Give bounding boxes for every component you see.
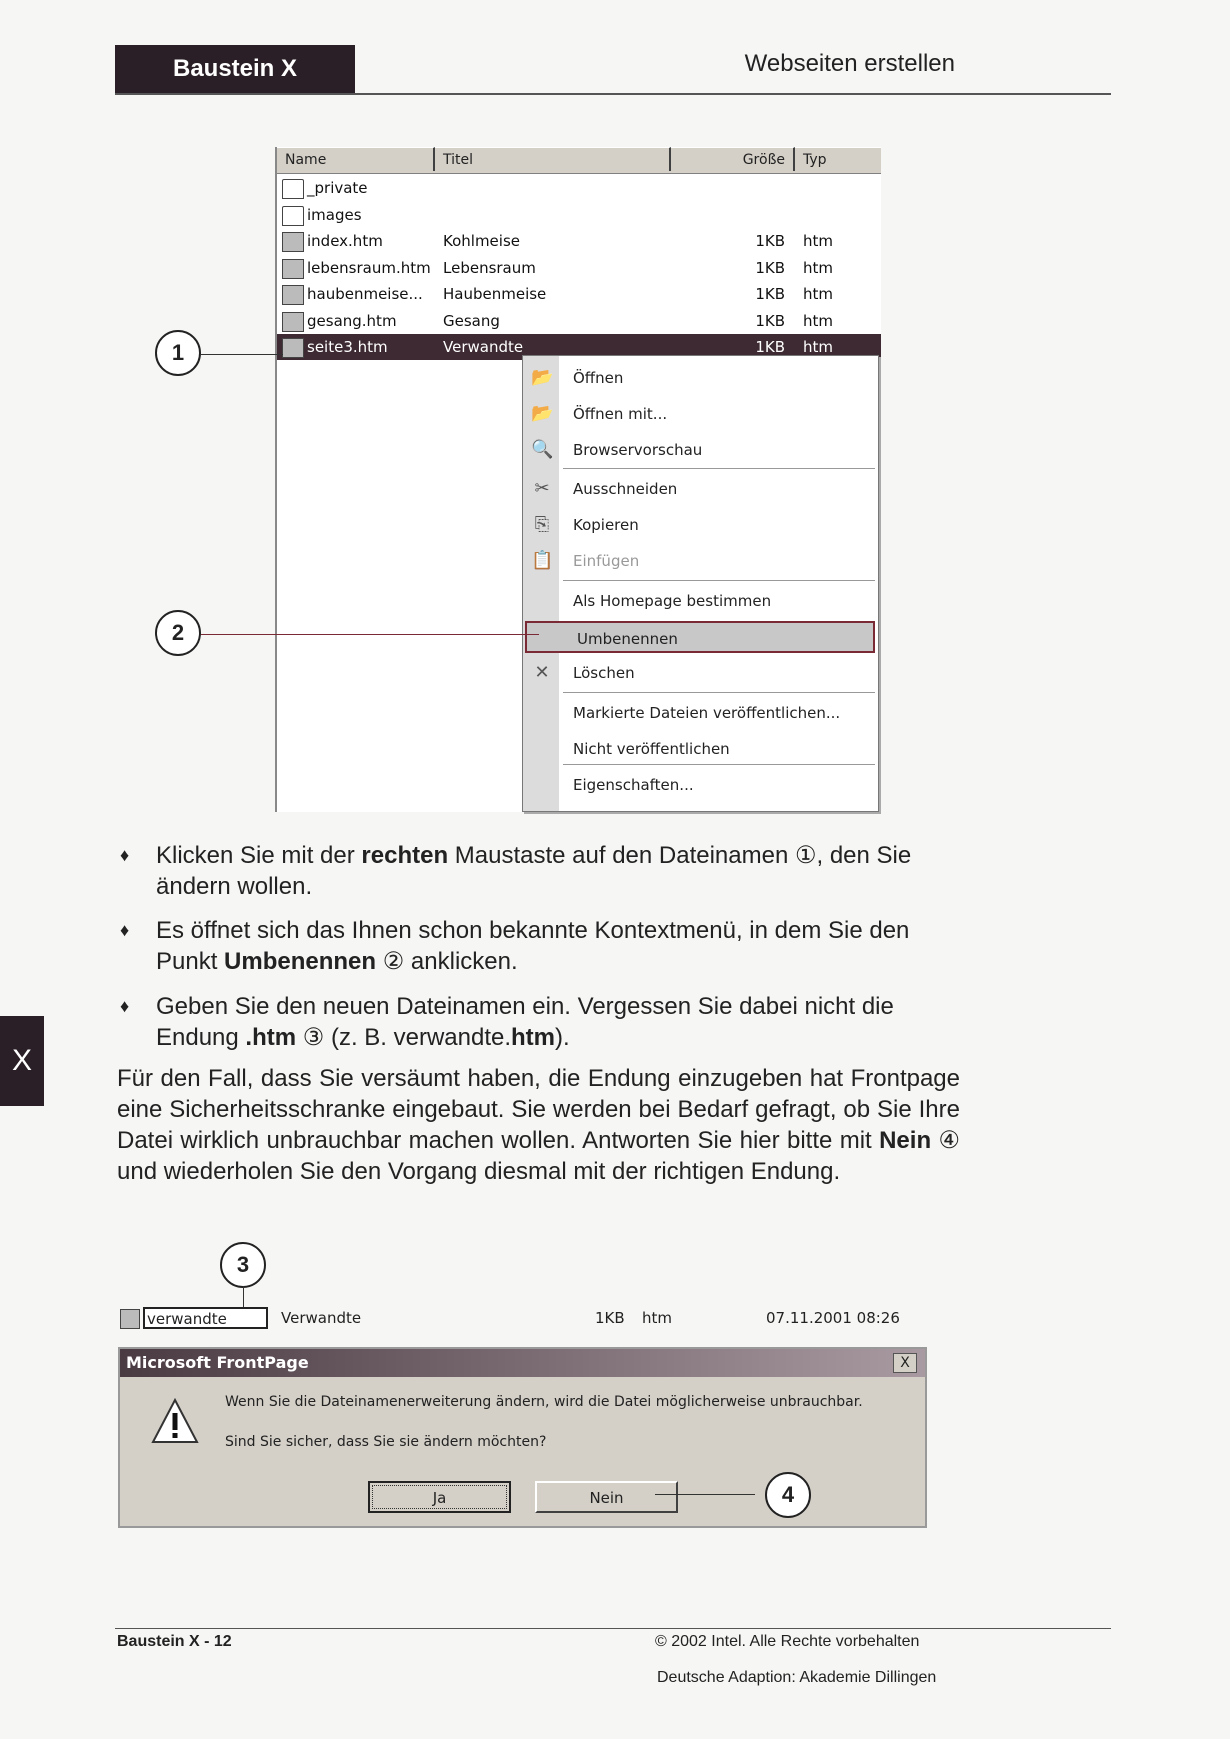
file-title: Kohlmeise bbox=[443, 228, 520, 254]
menu-item-label: Kopieren bbox=[573, 509, 639, 541]
file-name: lebensraum.htm bbox=[307, 255, 431, 281]
rename-input[interactable]: verwandte bbox=[143, 1307, 268, 1329]
file-title: Haubenmeise bbox=[443, 281, 546, 307]
no-button[interactable]: Nein bbox=[535, 1481, 678, 1513]
file-row[interactable]: _private bbox=[277, 175, 881, 201]
file-size: 1KB bbox=[755, 255, 785, 281]
file-name: index.htm bbox=[307, 228, 383, 254]
menu-item-label: Ausschneiden bbox=[573, 473, 677, 505]
close-button[interactable]: X bbox=[893, 1353, 917, 1373]
file-title: Gesang bbox=[443, 308, 500, 334]
file-name: seite3.htm bbox=[307, 334, 388, 360]
menu-item-label: Einfügen bbox=[573, 545, 639, 577]
dialog-title: Microsoft FrontPage bbox=[120, 1349, 925, 1377]
callout-3: 3 bbox=[220, 1242, 266, 1288]
header-divider bbox=[115, 93, 1111, 95]
file-type: htm bbox=[803, 308, 833, 334]
file-title: Verwandte bbox=[443, 334, 523, 360]
callout-2: 2 bbox=[155, 610, 201, 656]
menu-item-label: Markierte Dateien veröffentlichen... bbox=[573, 697, 840, 729]
dialog-message: Wenn Sie die Dateinamenerweiterung änder… bbox=[225, 1394, 863, 1410]
file-type: htm bbox=[803, 255, 833, 281]
file-name: gesang.htm bbox=[307, 308, 397, 334]
menu-item-label: Browservorschau bbox=[573, 434, 702, 466]
menu-item-label: Öffnen bbox=[573, 362, 623, 394]
file-name: _private bbox=[307, 175, 368, 201]
bullet-item: ♦ Geben Sie den neuen Dateinamen ein. Ve… bbox=[120, 991, 960, 1053]
page-number: Baustein X - 12 bbox=[117, 1633, 232, 1651]
column-header-name[interactable]: Name bbox=[277, 147, 435, 171]
file-size: 1KB bbox=[755, 228, 785, 254]
callout-1: 1 bbox=[155, 330, 201, 376]
page-title: Webseiten erstellen bbox=[600, 50, 955, 78]
folder-icon bbox=[282, 206, 304, 226]
file-row[interactable]: index.htmKohlmeise1KBhtm bbox=[277, 228, 881, 254]
bullet-diamond-icon: ♦ bbox=[120, 991, 129, 1022]
web-page-icon bbox=[282, 259, 304, 279]
menu-separator bbox=[563, 468, 875, 469]
menu-item-label: Löschen bbox=[573, 657, 635, 689]
menu-item-einfügen[interactable]: 📋Einfügen bbox=[523, 545, 878, 577]
menu-item-ausschneiden[interactable]: ✂Ausschneiden bbox=[523, 473, 878, 505]
menu-item-eigenschaften[interactable]: Eigenschaften... bbox=[523, 769, 878, 801]
file-row[interactable]: lebensraum.htmLebensraum1KBhtm bbox=[277, 255, 881, 281]
menu-item-kopieren[interactable]: ⎘Kopieren bbox=[523, 509, 878, 541]
bullet-diamond-icon: ♦ bbox=[120, 840, 129, 871]
scissors-icon: ✂ bbox=[531, 479, 553, 499]
menu-separator bbox=[563, 580, 875, 581]
column-header-size[interactable]: Größe bbox=[671, 147, 795, 171]
delete-icon: ✕ bbox=[531, 663, 553, 683]
file-type: htm bbox=[803, 228, 833, 254]
menu-item-umbenennen[interactable]: Umbenennen bbox=[525, 621, 875, 653]
rename-row-size: 1KB bbox=[595, 1305, 625, 1331]
bullet-diamond-icon: ♦ bbox=[120, 915, 129, 946]
open-folder-icon: 📂 bbox=[531, 368, 553, 388]
rename-row-modified: 07.11.2001 08:26 bbox=[766, 1305, 900, 1331]
home-page-icon bbox=[282, 232, 304, 252]
file-row[interactable]: images bbox=[277, 202, 881, 228]
rename-row: verwandte Verwandte 1KB htm 07.11.2001 0… bbox=[118, 1305, 938, 1331]
column-header-title[interactable]: Titel bbox=[435, 147, 671, 171]
callout-4-leader bbox=[655, 1494, 755, 1495]
file-type: htm bbox=[803, 281, 833, 307]
dialog-question: Sind Sie sicher, dass Sie sie ändern möc… bbox=[225, 1434, 546, 1450]
menu-item-browservorschau[interactable]: 🔍Browservorschau bbox=[523, 434, 878, 466]
web-page-icon bbox=[282, 285, 304, 305]
copyright: © 2002 Intel. Alle Rechte vorbehalten bbox=[655, 1633, 919, 1651]
menu-item-öffnen-mit[interactable]: 📂Öffnen mit... bbox=[523, 398, 878, 430]
menu-separator bbox=[563, 764, 875, 765]
file-title: Lebensraum bbox=[443, 255, 536, 281]
file-name: haubenmeise... bbox=[307, 281, 423, 307]
chapter-side-tab: X bbox=[0, 1016, 44, 1106]
file-size: 1KB bbox=[755, 281, 785, 307]
body-paragraph: Für den Fall, dass Sie versäumt haben, d… bbox=[117, 1063, 960, 1187]
column-header-type[interactable]: Typ bbox=[795, 147, 881, 171]
file-list-header: Name Titel Größe Typ bbox=[277, 147, 881, 174]
web-page-icon bbox=[282, 338, 304, 358]
warning-icon bbox=[150, 1397, 200, 1445]
menu-item-label: Öffnen mit... bbox=[573, 398, 667, 430]
web-page-icon bbox=[120, 1309, 140, 1329]
rename-row-title: Verwandte bbox=[281, 1305, 361, 1331]
file-row[interactable]: gesang.htmGesang1KBhtm bbox=[277, 308, 881, 334]
bullet-item: ♦ Es öffnet sich das Ihnen schon bekannt… bbox=[120, 915, 960, 977]
copy-icon: ⎘ bbox=[531, 515, 553, 535]
menu-item-label: Umbenennen bbox=[577, 623, 678, 655]
menu-separator bbox=[563, 692, 875, 693]
menu-item-label: Nicht veröffentlichen bbox=[573, 733, 730, 765]
menu-item-label: Als Homepage bestimmen bbox=[573, 585, 771, 617]
file-name: images bbox=[307, 202, 362, 228]
footer-divider bbox=[115, 1628, 1111, 1629]
context-menu: 📂Öffnen📂Öffnen mit...🔍Browservorschau✂Au… bbox=[522, 355, 879, 812]
file-size: 1KB bbox=[755, 308, 785, 334]
callout-1-leader bbox=[201, 354, 283, 355]
callout-4: 4 bbox=[765, 1472, 811, 1518]
bullet-item: ♦ Klicken Sie mit der rechten Maustaste … bbox=[120, 840, 960, 902]
file-row[interactable]: haubenmeise...Haubenmeise1KBhtm bbox=[277, 281, 881, 307]
menu-item-markierte-dateien-veröffentlichen[interactable]: Markierte Dateien veröffentlichen... bbox=[523, 697, 878, 729]
menu-item-löschen[interactable]: ✕Löschen bbox=[523, 657, 878, 689]
menu-item-label: Eigenschaften... bbox=[573, 769, 694, 801]
open-folder-icon: 📂 bbox=[531, 404, 553, 424]
menu-item-öffnen[interactable]: 📂Öffnen bbox=[523, 362, 878, 394]
adaptation-credit: Deutsche Adaption: Akademie Dillingen bbox=[657, 1669, 936, 1687]
menu-item-als-homepage-bestimmen[interactable]: Als Homepage bestimmen bbox=[523, 585, 878, 617]
web-page-icon bbox=[282, 312, 304, 332]
paste-icon: 📋 bbox=[531, 551, 553, 571]
folder-icon bbox=[282, 179, 304, 199]
browser-preview-icon: 🔍 bbox=[531, 440, 553, 460]
yes-button[interactable]: Ja bbox=[368, 1481, 511, 1513]
module-tag: Baustein X bbox=[115, 45, 355, 93]
rename-row-type: htm bbox=[642, 1305, 672, 1331]
menu-item-nicht-veröffentlichen[interactable]: Nicht veröffentlichen bbox=[523, 733, 878, 765]
callout-2-leader bbox=[201, 634, 539, 635]
